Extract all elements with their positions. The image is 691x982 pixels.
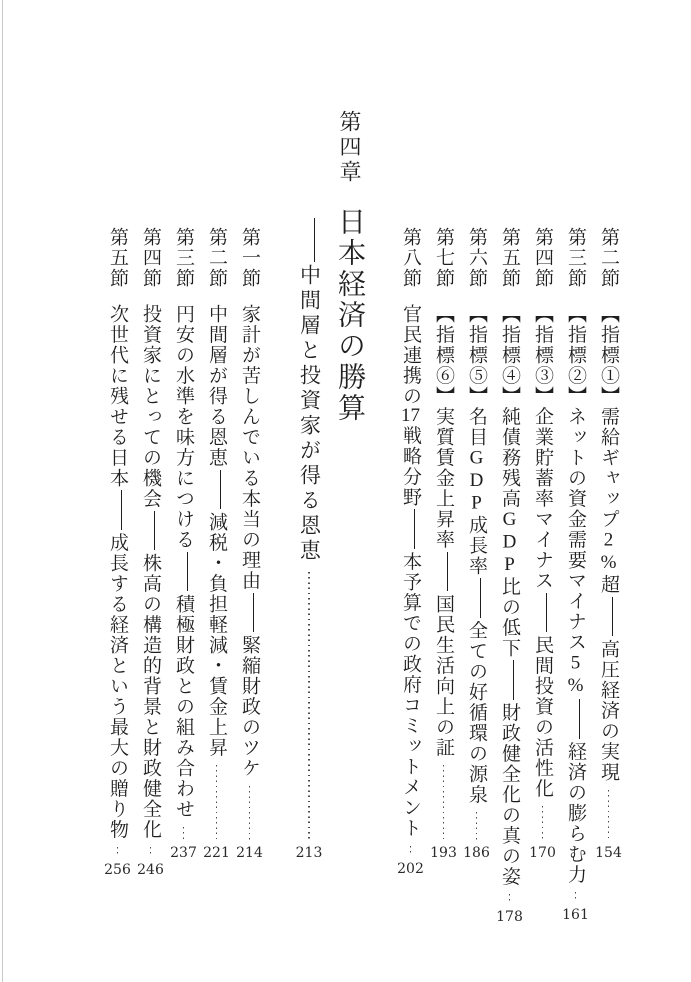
chapter-subtitle-column: 中間層と投資家が得る恩恵 213 (292, 110, 326, 862)
chapter-title: 日本経済の勝算 (335, 207, 363, 424)
section-label: 第四節 (141, 227, 160, 289)
page-number: 246 (137, 862, 164, 879)
entry-text: 第八節官民連携の17戦略分野本予算での政府コミットメント (401, 227, 420, 838)
page-number: 186 (463, 845, 490, 862)
page-number: 170 (529, 845, 556, 862)
section-label: 第一節 (240, 227, 259, 289)
entry-text: 第二節【指標①】需給ギャップ2%超高圧経済の実現 (599, 227, 618, 782)
section-label: 第八節 (401, 227, 420, 289)
section-label: 第三節 (566, 227, 585, 289)
toc-entry: 第二節【指標①】需給ギャップ2%超高圧経済の実現 154 (592, 227, 625, 862)
toc-entry: 第五節次世代に残せる日本成長する経済という最大の贈り物 256 (101, 227, 134, 862)
leader-dots (542, 806, 544, 840)
leader-dots (183, 827, 185, 840)
section-label: 第五節 (108, 227, 127, 289)
leader-dots (216, 765, 218, 840)
section-title: 【指標①】需給ギャップ2%超高圧経済の実現 (599, 304, 618, 782)
page-number: 161 (562, 907, 589, 924)
page-number: 214 (236, 845, 263, 862)
chapter-heading-block: 第四章 日本経済の勝算 中間層と投資家が得る恩恵 213 (266, 110, 394, 862)
entry-text: 第二節中間層が得る恩恵減税・負担軽減・賃金上昇 (207, 227, 226, 757)
section-label: 第七節 (434, 227, 453, 289)
section-label: 第二節 (599, 227, 618, 289)
page-number: 237 (170, 845, 197, 862)
page-number: 154 (595, 845, 622, 862)
page-number: 178 (496, 909, 523, 926)
toc-entry: 第四節【指標③】企業貯蓄率マイナス民間投資の活性化 170 (526, 227, 559, 862)
section-label: 第六節 (467, 227, 486, 289)
leader-dots (249, 786, 251, 840)
page-number: 213 (296, 845, 323, 862)
section-title: 投資家にとっての機会株高の構造的背景と財政健全化 (141, 304, 160, 840)
section-title: 円安の水準を味方につける積極財政との組み合わせ (174, 304, 193, 819)
leader-dots (117, 847, 119, 857)
toc-entry: 第三節【指標②】ネットの資金需要マイナス5%経済の膨らむ力 161 (559, 227, 592, 862)
entry-text: 第五節【指標④】純債務残高GDP比の低下財政健全化の真の姿 (500, 227, 519, 886)
page-number: 202 (397, 861, 424, 878)
section-label: 第四節 (533, 227, 552, 289)
leader-dots (476, 812, 478, 840)
leader-dots (443, 765, 445, 840)
entry-text: 第四節投資家にとっての機会株高の構造的背景と財政健全化 (141, 227, 160, 839)
section-title: 【指標⑥】実質賃金上昇率国民生活向上の証 (434, 304, 453, 758)
leader-dots (509, 894, 511, 904)
section-label: 第三節 (174, 227, 193, 289)
leader-dots (150, 847, 152, 857)
entry-text: 第四節【指標③】企業貯蓄率マイナス民間投資の活性化 (533, 227, 552, 798)
chapter-title-column: 第四章 日本経済の勝算 (326, 110, 372, 862)
page-number: 256 (104, 862, 131, 879)
toc-entry: 第七節【指標⑥】実質賃金上昇率国民生活向上の証 193 (427, 227, 460, 862)
section-title: 次世代に残せる日本成長する経済という最大の贈り物 (108, 304, 127, 840)
section-label: 第二節 (207, 227, 226, 289)
leader-dots (410, 846, 412, 856)
section-title: 【指標⑤】名目GDP成長率全ての好循環の源泉 (467, 304, 486, 805)
section-title: 【指標④】純債務残高GDP比の低下財政健全化の真の姿 (500, 304, 519, 887)
toc-entry: 第四節投資家にとっての機会株高の構造的背景と財政健全化 246 (134, 227, 167, 862)
leader-dots (608, 790, 610, 840)
toc-entry: 第六節【指標⑤】名目GDP成長率全ての好循環の源泉 186 (460, 227, 493, 862)
section-title: 【指標②】ネットの資金需要マイナス5%経済の膨らむ力 (566, 304, 585, 885)
entry-text: 第五節次世代に残せる日本成長する経済という最大の贈り物 (108, 227, 127, 839)
toc-entry: 第五節【指標④】純債務残高GDP比の低下財政健全化の真の姿 178 (493, 227, 526, 862)
section-title: 官民連携の17戦略分野本予算での政府コミットメント (401, 304, 420, 838)
toc-entry: 第一節家計が苦しんでいる本当の理由緊縮財政のツケ 214 (233, 227, 266, 862)
chapter-number: 第四章 (338, 110, 360, 185)
section-title: 【指標③】企業貯蓄率マイナス民間投資の活性化 (533, 304, 552, 799)
entry-text: 第六節【指標⑤】名目GDP成長率全ての好循環の源泉 (467, 227, 486, 804)
entry-text: 第一節家計が苦しんでいる本当の理由緊縮財政のツケ (240, 227, 259, 778)
chapter-subtitle: 中間層と投資家が得る恩恵 (299, 216, 320, 564)
page-edge-line (2, 0, 3, 982)
section-label: 第五節 (500, 227, 519, 289)
table-of-contents: 第二節【指標①】需給ギャップ2%超高圧経済の実現 154 第三節【指標②】ネット… (101, 0, 625, 862)
entry-text: 第三節【指標②】ネットの資金需要マイナス5%経済の膨らむ力 (566, 227, 585, 884)
toc-entry: 第二節中間層が得る恩恵減税・負担軽減・賃金上昇 221 (200, 227, 233, 862)
page-number: 221 (203, 845, 230, 862)
entry-text: 第三節円安の水準を味方につける積極財政との組み合わせ (174, 227, 193, 819)
toc-entry: 第八節官民連携の17戦略分野本予算での政府コミットメント 202 (394, 227, 427, 862)
section-title: 家計が苦しんでいる本当の理由緊縮財政のツケ (240, 304, 259, 778)
toc-entry: 第三節円安の水準を味方につける積極財政との組み合わせ 237 (167, 227, 200, 862)
entry-text: 第七節【指標⑥】実質賃金上昇率国民生活向上の証 (434, 227, 453, 757)
leader-dots (575, 892, 577, 902)
page-number: 193 (430, 845, 457, 862)
leader-dots (308, 572, 310, 840)
section-title: 中間層が得る恩恵減税・負担軽減・賃金上昇 (207, 304, 226, 758)
